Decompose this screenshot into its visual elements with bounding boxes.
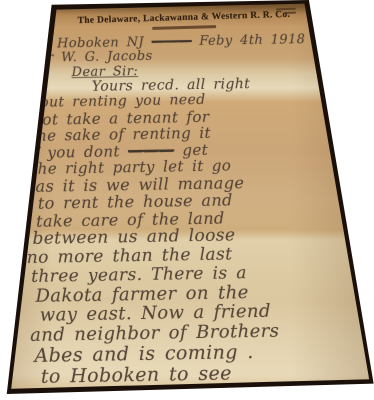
letterhead-subline-rule xyxy=(152,25,216,30)
letterhead-form-number-print xyxy=(276,8,296,17)
letter-body: Hoboken NJ ——— Feby 4th 1918Mr W. G. Jac… xyxy=(19,32,371,388)
tiny-print-mark xyxy=(284,12,296,14)
letterhead-company-name: The Delaware, Lackawanna & Western R. R.… xyxy=(58,9,310,27)
scribbled-out-word: ——— xyxy=(151,34,191,50)
tiny-print-mark xyxy=(276,8,296,11)
letter-photograph: The Delaware, Lackawanna & Western R. R.… xyxy=(0,0,374,400)
handwriting-line: Yours recd. all right xyxy=(92,75,366,95)
letterhead: The Delaware, Lackawanna & Western R. R.… xyxy=(58,9,310,33)
